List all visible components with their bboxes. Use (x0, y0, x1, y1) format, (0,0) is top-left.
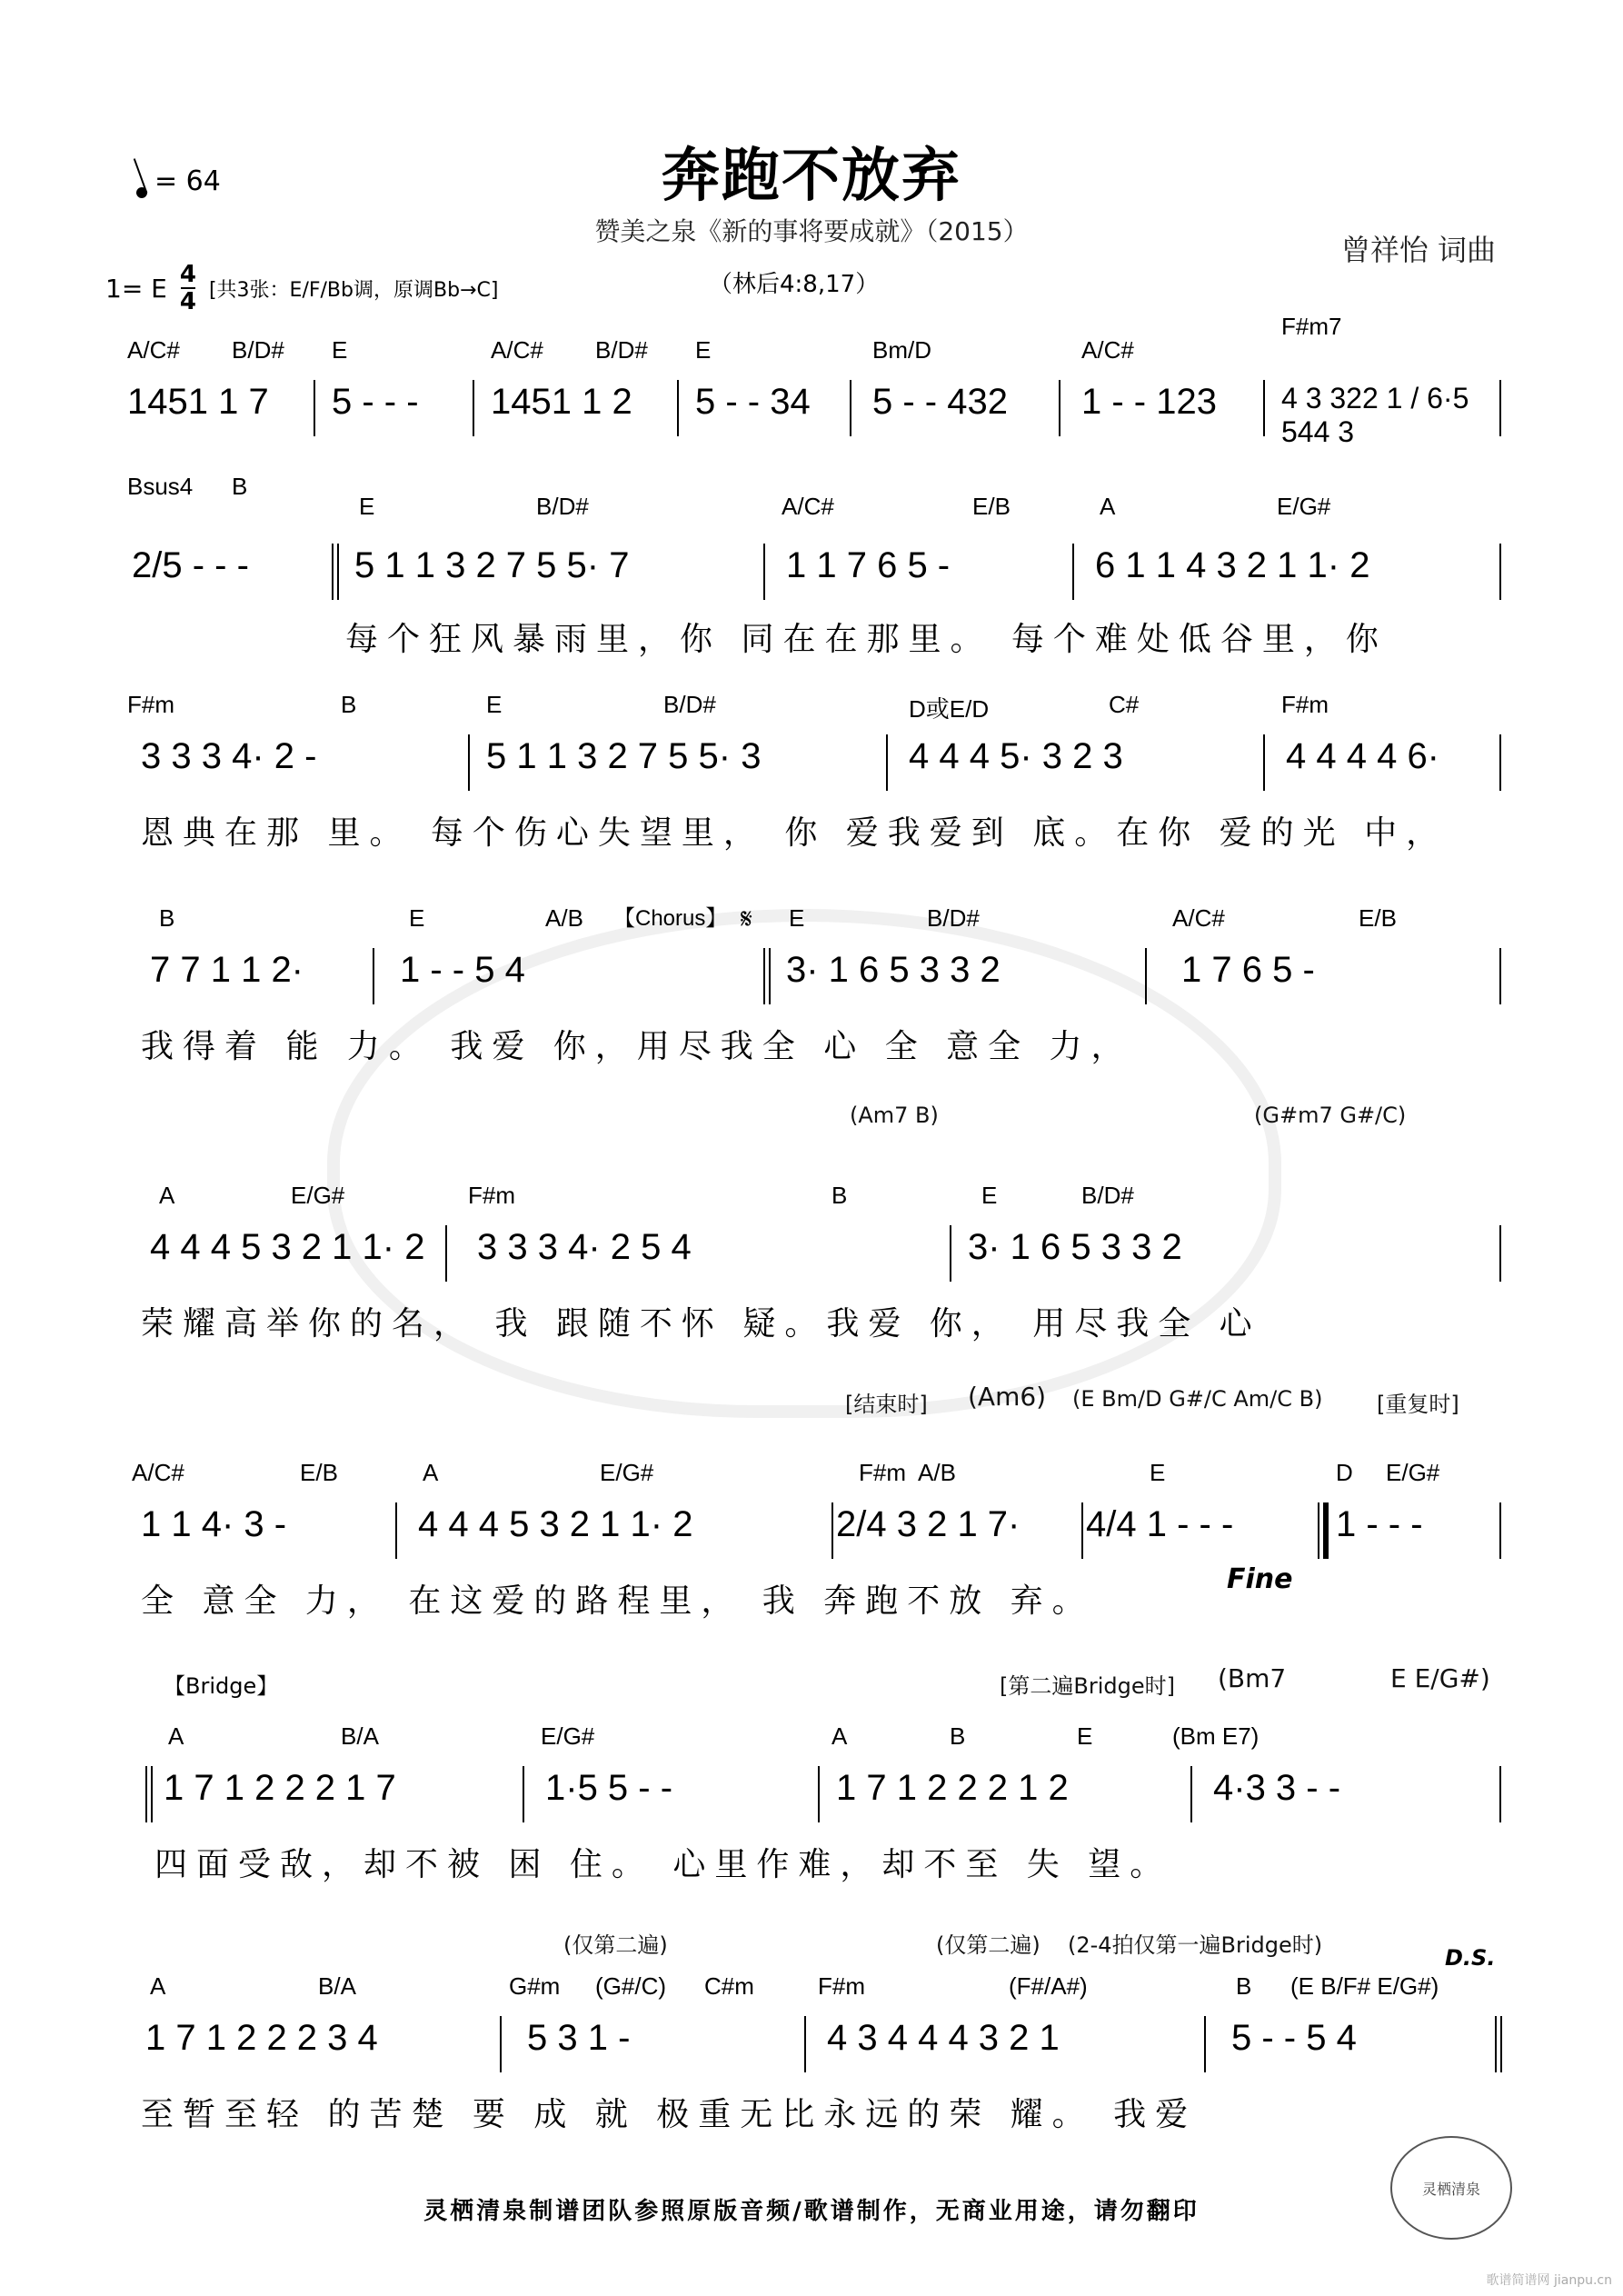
chord-line: A/C# B/D# E A/C# B/D# E Bm/D A/C# F#m7 (136, 336, 1499, 373)
key-signature-line: 1= E 4 4 [共3张：E/F/Bb调，原调Bb→C] (105, 264, 498, 313)
lyric-line: 每个狂风暴雨里，你 同在在那里。 每个难处低谷里，你 (345, 614, 1623, 660)
footer-credit: 灵栖清泉制谱团队参照原版音频/歌谱制作，无商业用途，请勿翻印 (0, 2192, 1623, 2226)
time-signature: 4 4 (180, 264, 196, 313)
composer-credit: 曾祥怡 词曲 (1341, 227, 1496, 269)
tempo-marking: = 64 (136, 164, 221, 198)
chorus-label: 【Chorus】 (613, 900, 727, 932)
fine-marking: Fine (1227, 1563, 1292, 1595)
quarter-note-icon (134, 185, 148, 199)
bridge-label: 【Bridge】 (164, 1668, 278, 1700)
song-title: 奔跑不放弃 (0, 129, 1623, 213)
segno-icon: 𝄋 (741, 904, 752, 935)
site-watermark: 歌谱简谱网 jianpu.cn (1487, 2271, 1612, 2289)
note-line: 1451 1 7 5 - - - 1451 1 2 5 - - 34 5 - -… (136, 382, 1499, 445)
ds-marking: D.S. (1445, 1945, 1495, 1971)
scripture-reference: （林后4:8,17） (709, 265, 879, 299)
key-label: 1= E (105, 274, 167, 304)
key-note: [共3张：E/F/Bb调，原调Bb→C] (209, 275, 498, 303)
tempo-value: = 64 (154, 165, 221, 197)
